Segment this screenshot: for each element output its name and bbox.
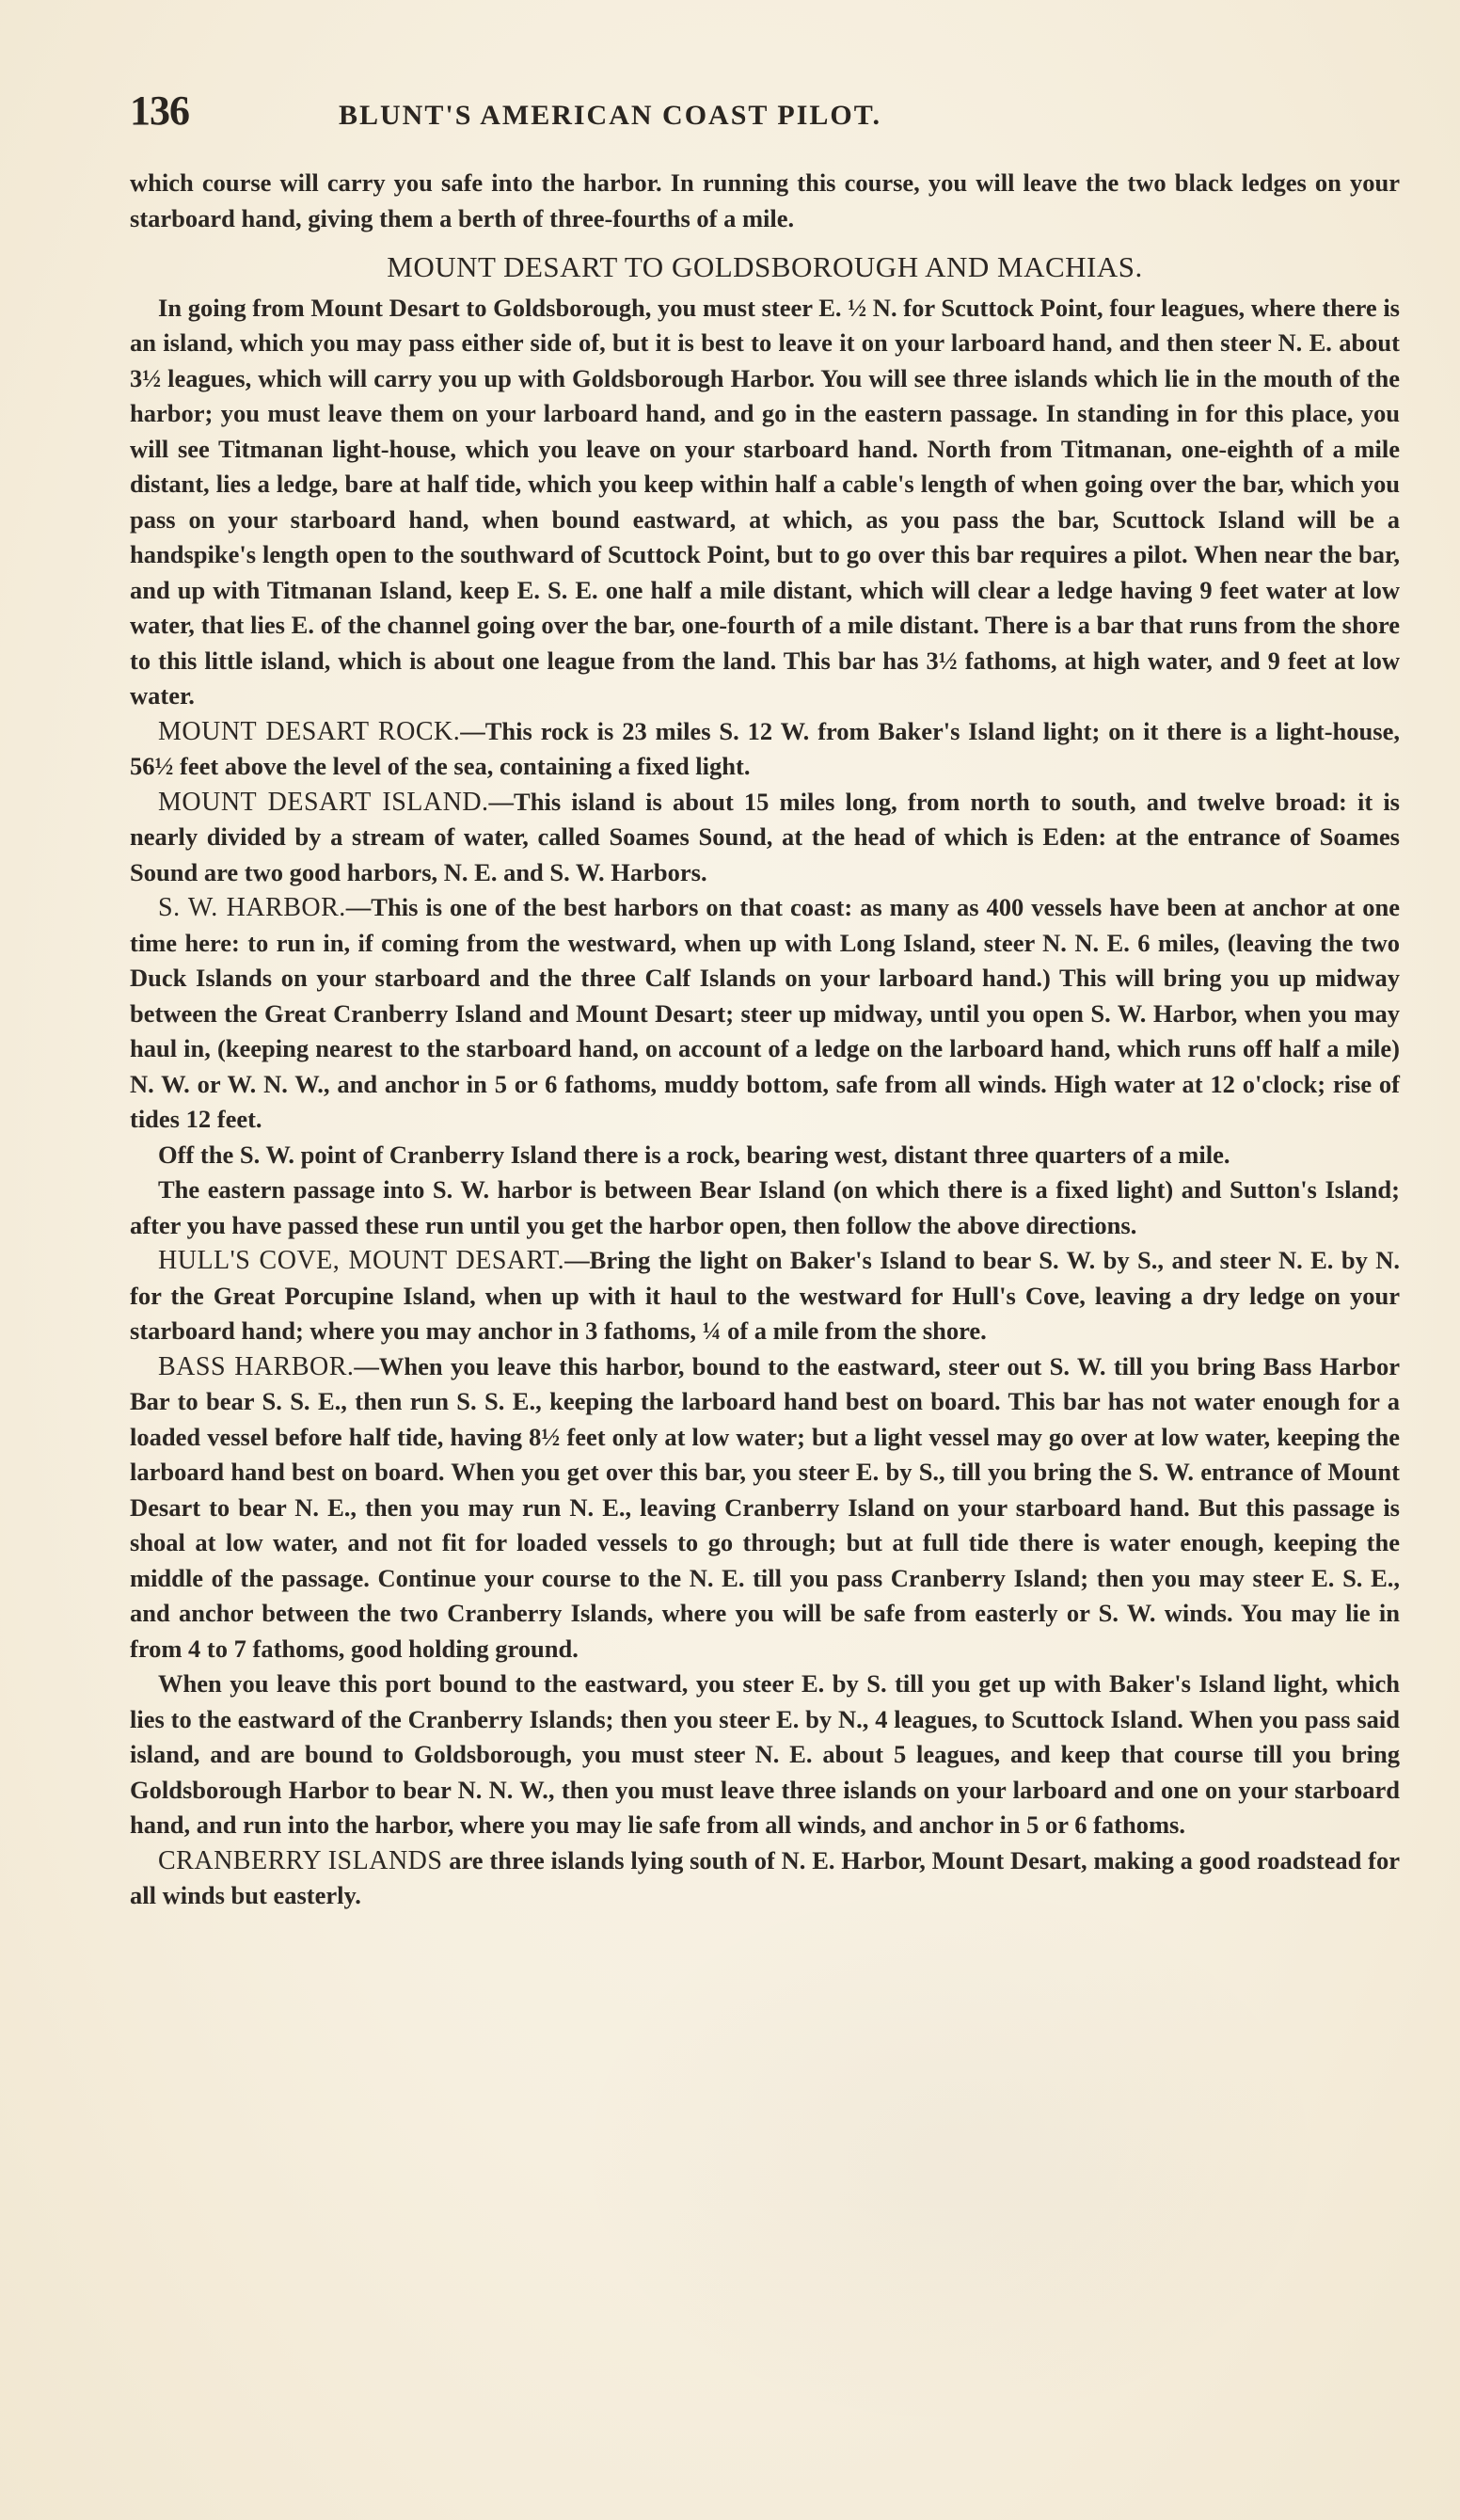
paragraph-eastern-passage: The eastern passage into S. W. harbor is… xyxy=(130,1172,1400,1243)
run-in-heading: BASS HARBOR. xyxy=(158,1352,354,1381)
run-in-heading: CRANBERRY ISLANDS xyxy=(158,1846,442,1875)
show-through-shadow xyxy=(564,1873,1336,2437)
paragraph-mount-desart-island: MOUNT DESART ISLAND.—This island is abou… xyxy=(130,785,1400,891)
paragraph-text: The eastern passage into S. W. harbor is… xyxy=(130,1175,1400,1239)
run-in-heading: MOUNT DESART ROCK. xyxy=(158,717,460,746)
running-title: BLUNT'S AMERICAN COAST PILOT. xyxy=(339,100,881,132)
paragraph-sw-harbor: S. W. HARBOR.—This is one of the best ha… xyxy=(130,890,1400,1138)
run-in-heading: HULL'S COVE, MOUNT DESART. xyxy=(158,1246,564,1275)
run-in-heading: MOUNT DESART ISLAND. xyxy=(158,788,489,817)
section-heading: MOUNT DESART TO GOLDSBOROUGH AND MACHIAS… xyxy=(130,249,1400,285)
paragraph-bass-harbor: BASS HARBOR.—When you leave this harbor,… xyxy=(130,1349,1400,1667)
paragraph-cranberry-islands: CRANBERRY ISLANDS are three islands lyin… xyxy=(130,1843,1400,1914)
paragraph-mount-desart-rock: MOUNT DESART ROCK.—This rock is 23 miles… xyxy=(130,714,1400,785)
page-number: 136 xyxy=(130,87,189,135)
run-in-heading: S. W. HARBOR. xyxy=(158,893,346,922)
book-page: 136 BLUNT'S AMERICAN COAST PILOT. which … xyxy=(130,87,1400,1914)
paragraph-text: In going from Mount Desart to Goldsborou… xyxy=(130,294,1400,710)
paragraph-cranberry-rock: Off the S. W. point of Cranberry Island … xyxy=(130,1138,1400,1173)
paragraph-hulls-cove: HULL'S COVE, MOUNT DESART.—Bring the lig… xyxy=(130,1243,1400,1349)
paragraph-text: Off the S. W. point of Cranberry Island … xyxy=(158,1140,1230,1169)
paragraph-text: When you leave this port bound to the ea… xyxy=(130,1669,1400,1839)
running-head: 136 BLUNT'S AMERICAN COAST PILOT. xyxy=(130,87,1400,143)
paragraph-text: —This is one of the best harbors on that… xyxy=(130,893,1400,1133)
paragraph-text: —When you leave this harbor, bound to th… xyxy=(130,1352,1400,1663)
body-text: which course will carry you safe into th… xyxy=(130,166,1400,1914)
paragraph-goldsborough-directions: In going from Mount Desart to Goldsborou… xyxy=(130,291,1400,714)
paragraph-eastward-departure: When you leave this port bound to the ea… xyxy=(130,1667,1400,1843)
continuation-paragraph: which course will carry you safe into th… xyxy=(130,166,1400,236)
